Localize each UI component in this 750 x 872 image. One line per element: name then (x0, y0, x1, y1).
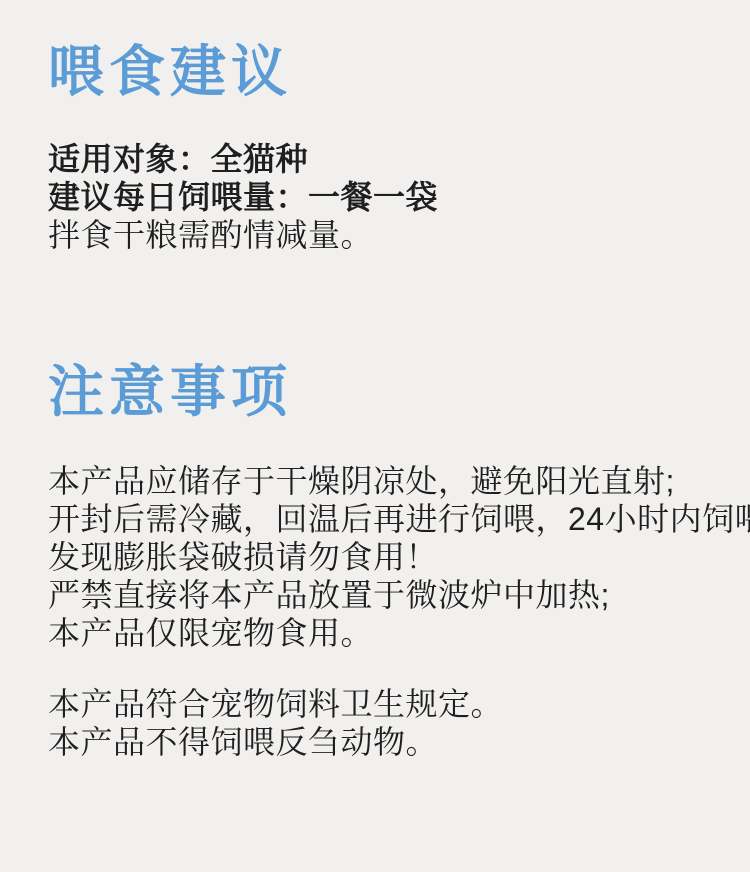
product-detail-page: 喂食建议 适用对象：全猫种 建议每日饲喂量：一餐一袋 拌食干粮需酌情减量。 注意… (0, 0, 750, 872)
precautions-paragraph: 本产品应储存于干燥阴凉处，避免阳光直射; 开封后需冷藏，回温后再进行饲喂，24小… (48, 462, 722, 652)
precautions-title: 注意事项 (48, 362, 722, 422)
dry-food-mix-line: 拌食干粮需酌情减量。 (48, 216, 722, 254)
compliance-paragraph: 本产品符合宠物饲料卫生规定。 本产品不得饲喂反刍动物。 (48, 685, 722, 761)
precautions-section: 注意事项 本产品应储存于干燥阴凉处，避免阳光直射; 开封后需冷藏，回温后再进行饲… (48, 362, 722, 761)
feeding-target-line: 适用对象：全猫种 (48, 140, 722, 178)
storage-line: 本产品应储存于干燥阴凉处，避免阳光直射; (48, 462, 722, 500)
hygiene-regulation-line: 本产品符合宠物饲料卫生规定。 (48, 685, 722, 723)
feeding-advice-title: 喂食建议 (48, 42, 722, 102)
daily-amount-line: 建议每日饲喂量：一餐一袋 (48, 178, 722, 216)
pets-only-line: 本产品仅限宠物食用。 (48, 614, 722, 652)
microwave-line: 严禁直接将本产品放置于微波炉中加热; (48, 576, 722, 614)
feeding-advice-section: 喂食建议 适用对象：全猫种 建议每日饲喂量：一餐一袋 拌食干粮需酌情减量。 (48, 42, 722, 254)
no-ruminants-line: 本产品不得饲喂反刍动物。 (48, 723, 722, 761)
swollen-bag-line: 发现膨胀袋破损请勿食用！ (48, 538, 722, 576)
refrigerate-line: 开封后需冷藏，回温后再进行饲喂，24小时内饲喂; (48, 500, 722, 538)
